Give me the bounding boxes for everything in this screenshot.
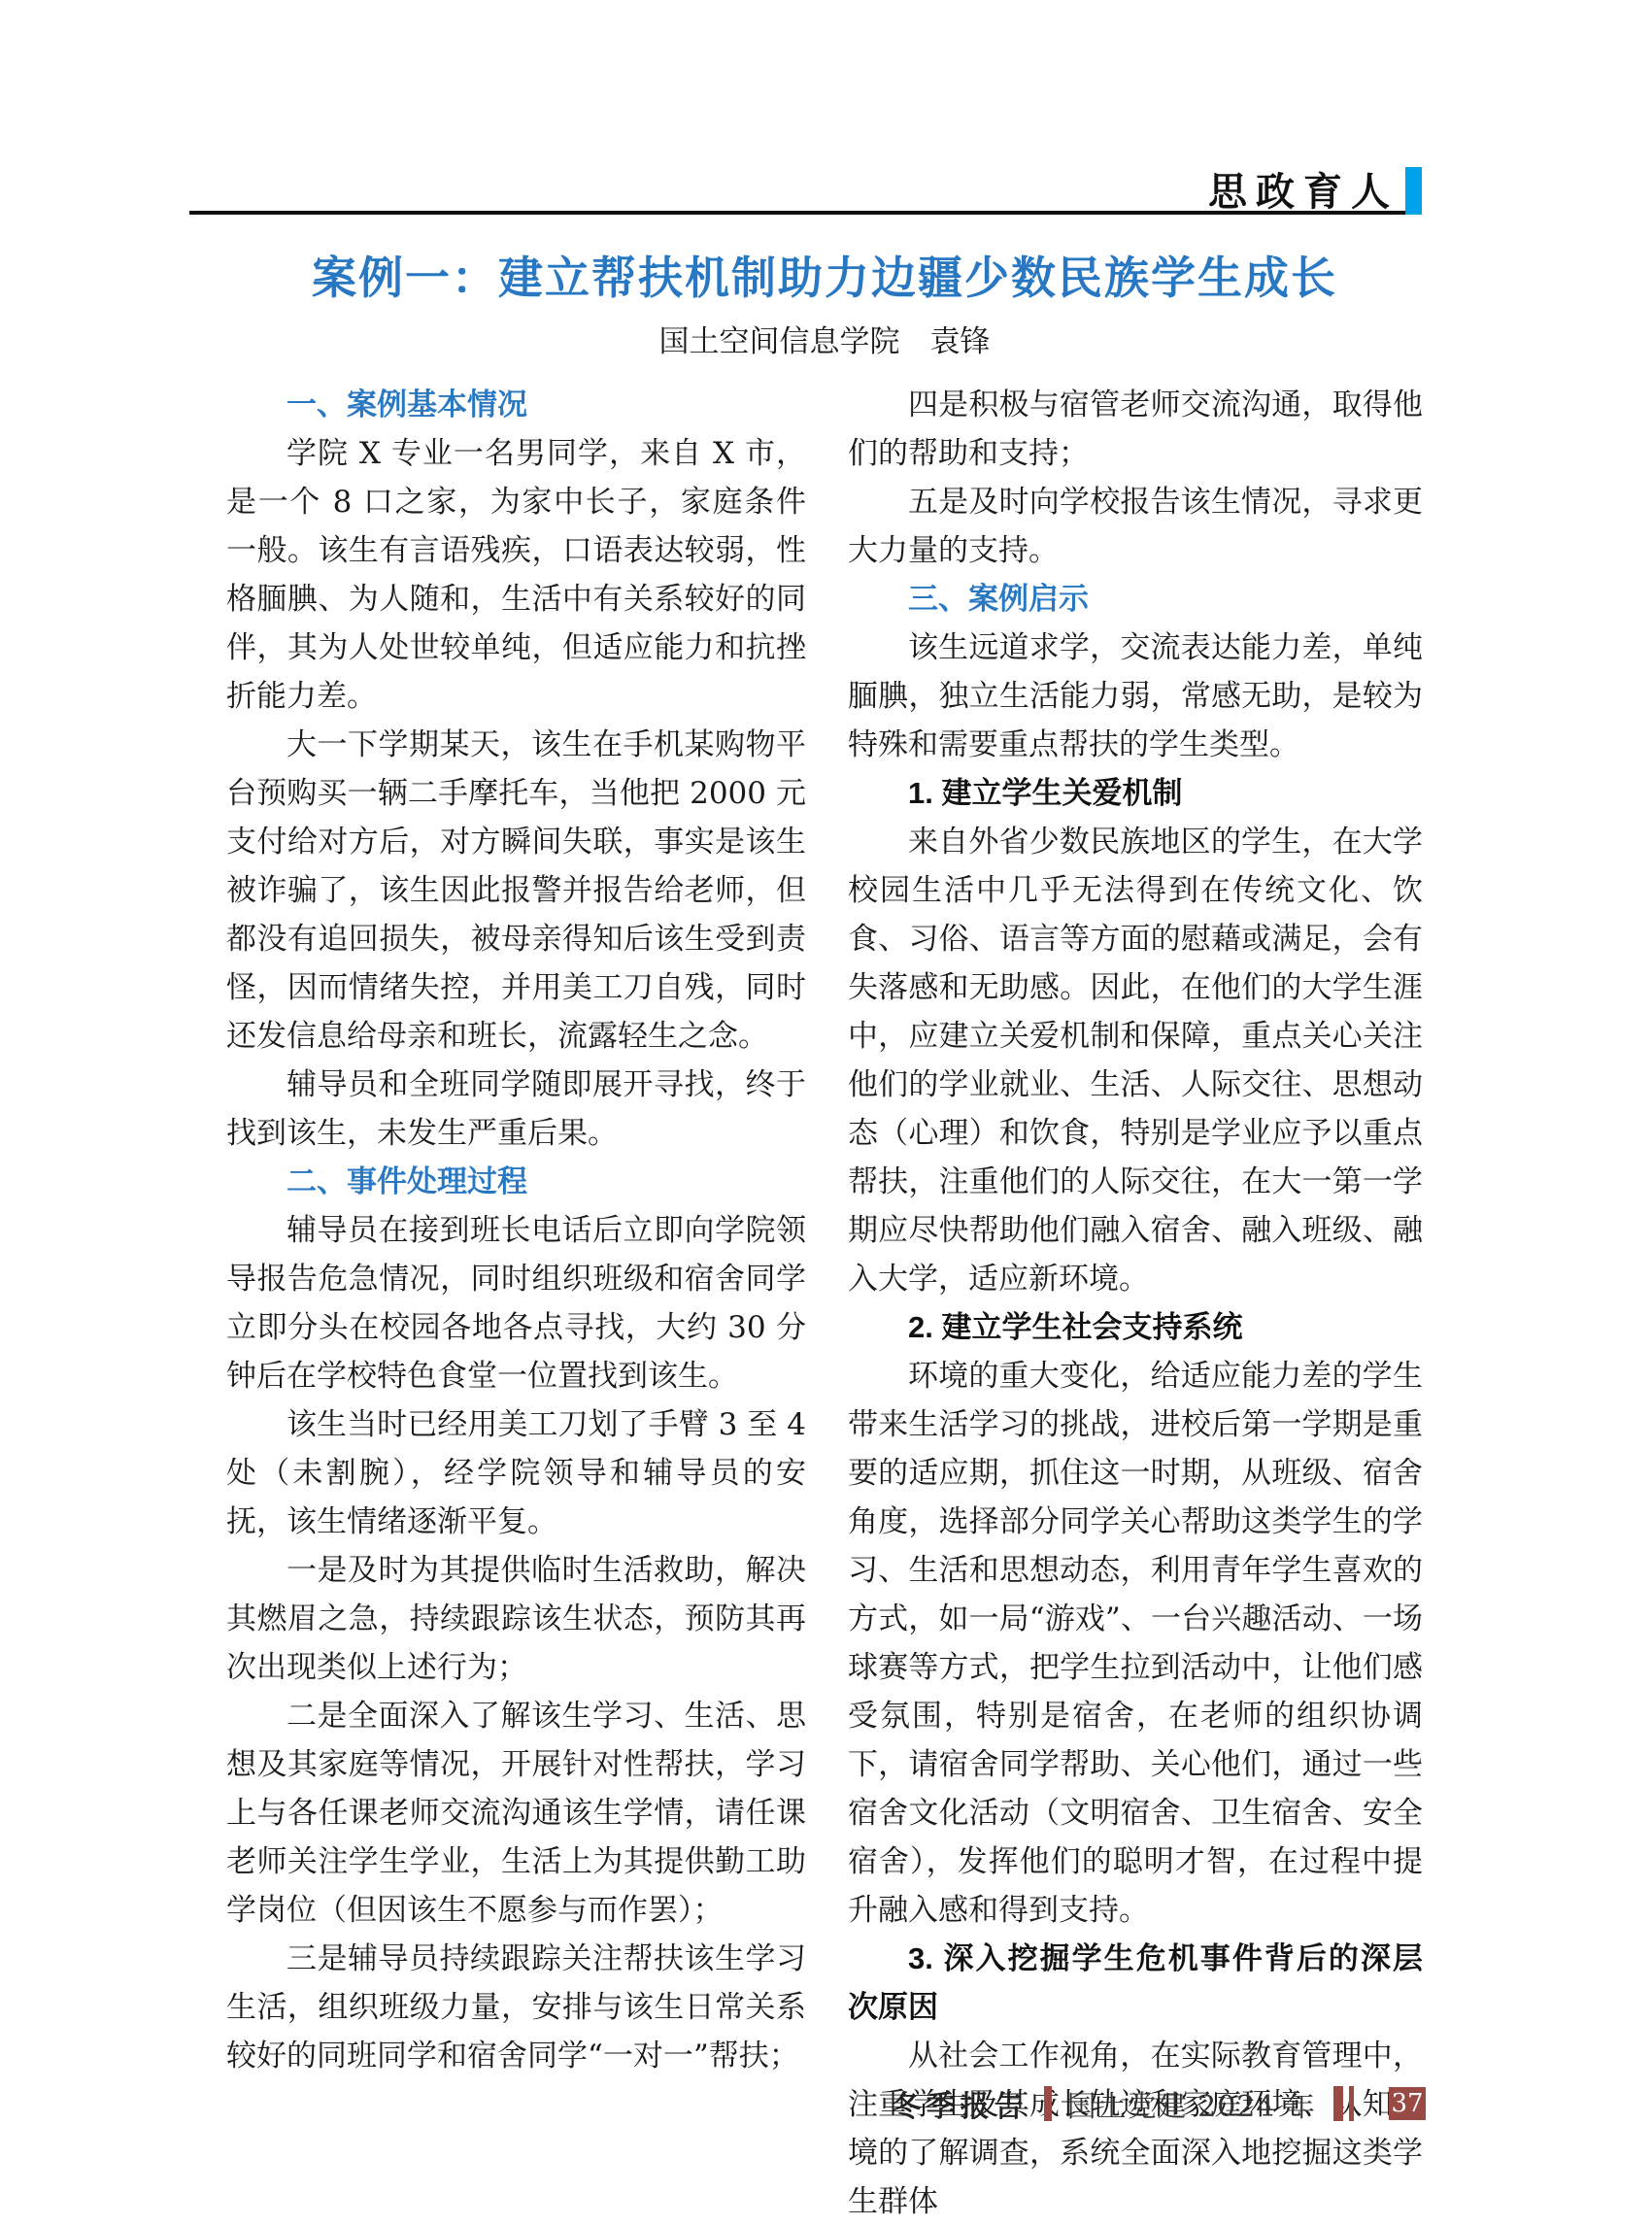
paragraph: 来自外省少数民族地区的学生，在大学校园生活中几乎无法得到在传统文化、饮食、习俗、…	[848, 818, 1423, 1303]
page-footer: 冬季报告 国土党建 2024 年 37	[893, 2084, 1426, 2123]
footer-divider-thin	[1349, 2086, 1354, 2121]
paragraph: 四是积极与宿管老师交流沟通，取得他们的帮助和支持；	[848, 381, 1423, 478]
page-number-badge: 37	[1389, 2087, 1426, 2120]
paragraph: 该生远道求学，交流表达能力差，单纯腼腆，独立生活能力弱，常感无助，是较为特殊和需…	[848, 624, 1423, 769]
footer-double-divider	[1333, 2086, 1354, 2121]
section-heading: 二、事件处理过程	[226, 1158, 806, 1206]
header-rule	[189, 211, 1405, 215]
paragraph: 三是辅导员持续跟踪关注帮扶该生学习生活，组织班级力量，安排与该生日常关系较好的同…	[226, 1935, 806, 2080]
sub-heading: 1. 建立学生关爱机制	[848, 769, 1423, 818]
paragraph: 五是及时向学校报告该生情况，寻求更大力量的支持。	[848, 478, 1423, 575]
footer-divider-thick	[1333, 2086, 1343, 2121]
header-accent-square	[1405, 167, 1422, 215]
section-heading: 一、案例基本情况	[226, 381, 806, 429]
footer-journal-label: 国土党建 2024 年	[1067, 2082, 1316, 2125]
sub-heading: 3. 深入挖掘学生危机事件背后的深层次原因	[848, 1935, 1423, 2032]
footer-report-label: 冬季报告	[893, 2082, 1028, 2125]
paragraph: 学院 X 专业一名男同学，来自 X 市，是一个 8 口之家，为家中长子，家庭条件…	[226, 429, 806, 721]
column-left: 一、案例基本情况 学院 X 专业一名男同学，来自 X 市，是一个 8 口之家，为…	[226, 381, 806, 2080]
paragraph: 该生当时已经用美工刀划了手臂 3 至 4 处（未割腕），经学院领导和辅导员的安抚…	[226, 1400, 806, 1546]
sub-heading: 2. 建立学生社会支持系统	[848, 1303, 1423, 1352]
column-right: 四是积极与宿管老师交流沟通，取得他们的帮助和支持； 五是及时向学校报告该生情况，…	[848, 381, 1423, 2225]
article-title: 案例一：建立帮扶机制助力边疆少数民族学生成长	[226, 243, 1423, 307]
section-heading: 三、案例启示	[848, 575, 1423, 624]
paragraph: 二是全面深入了解该生学习、生活、思想及其家庭等情况，开展针对性帮扶，学习上与各任…	[226, 1692, 806, 1935]
footer-divider-bar	[1044, 2086, 1052, 2121]
article-byline: 国土空间信息学院 袁锋	[226, 317, 1423, 360]
paragraph: 从社会工作视角，在实际教育管理中，注重学生及其成长轨迹和家庭环境、认知环境的了解…	[848, 2032, 1423, 2225]
paragraph: 一是及时为其提供临时生活救助，解决其燃眉之急，持续跟踪该生状态，预防其再次出现类…	[226, 1546, 806, 1692]
magazine-page: 思政育人 案例一：建立帮扶机制助力边疆少数民族学生成长 国土空间信息学院 袁锋 …	[0, 0, 1652, 2225]
paragraph: 环境的重大变化，给适应能力差的学生带来生活学习的挑战，进校后第一学期是重要的适应…	[848, 1352, 1423, 1935]
section-label: 思政育人	[1146, 161, 1399, 217]
paragraph: 大一下学期某天，该生在手机某购物平台预购买一辆二手摩托车，当他把 2000 元支…	[226, 721, 806, 1061]
paragraph: 辅导员在接到班长电话后立即向学院领导报告危急情况，同时组织班级和宿舍同学立即分头…	[226, 1206, 806, 1400]
paragraph: 辅导员和全班同学随即展开寻找，终于找到该生，未发生严重后果。	[226, 1061, 806, 1158]
